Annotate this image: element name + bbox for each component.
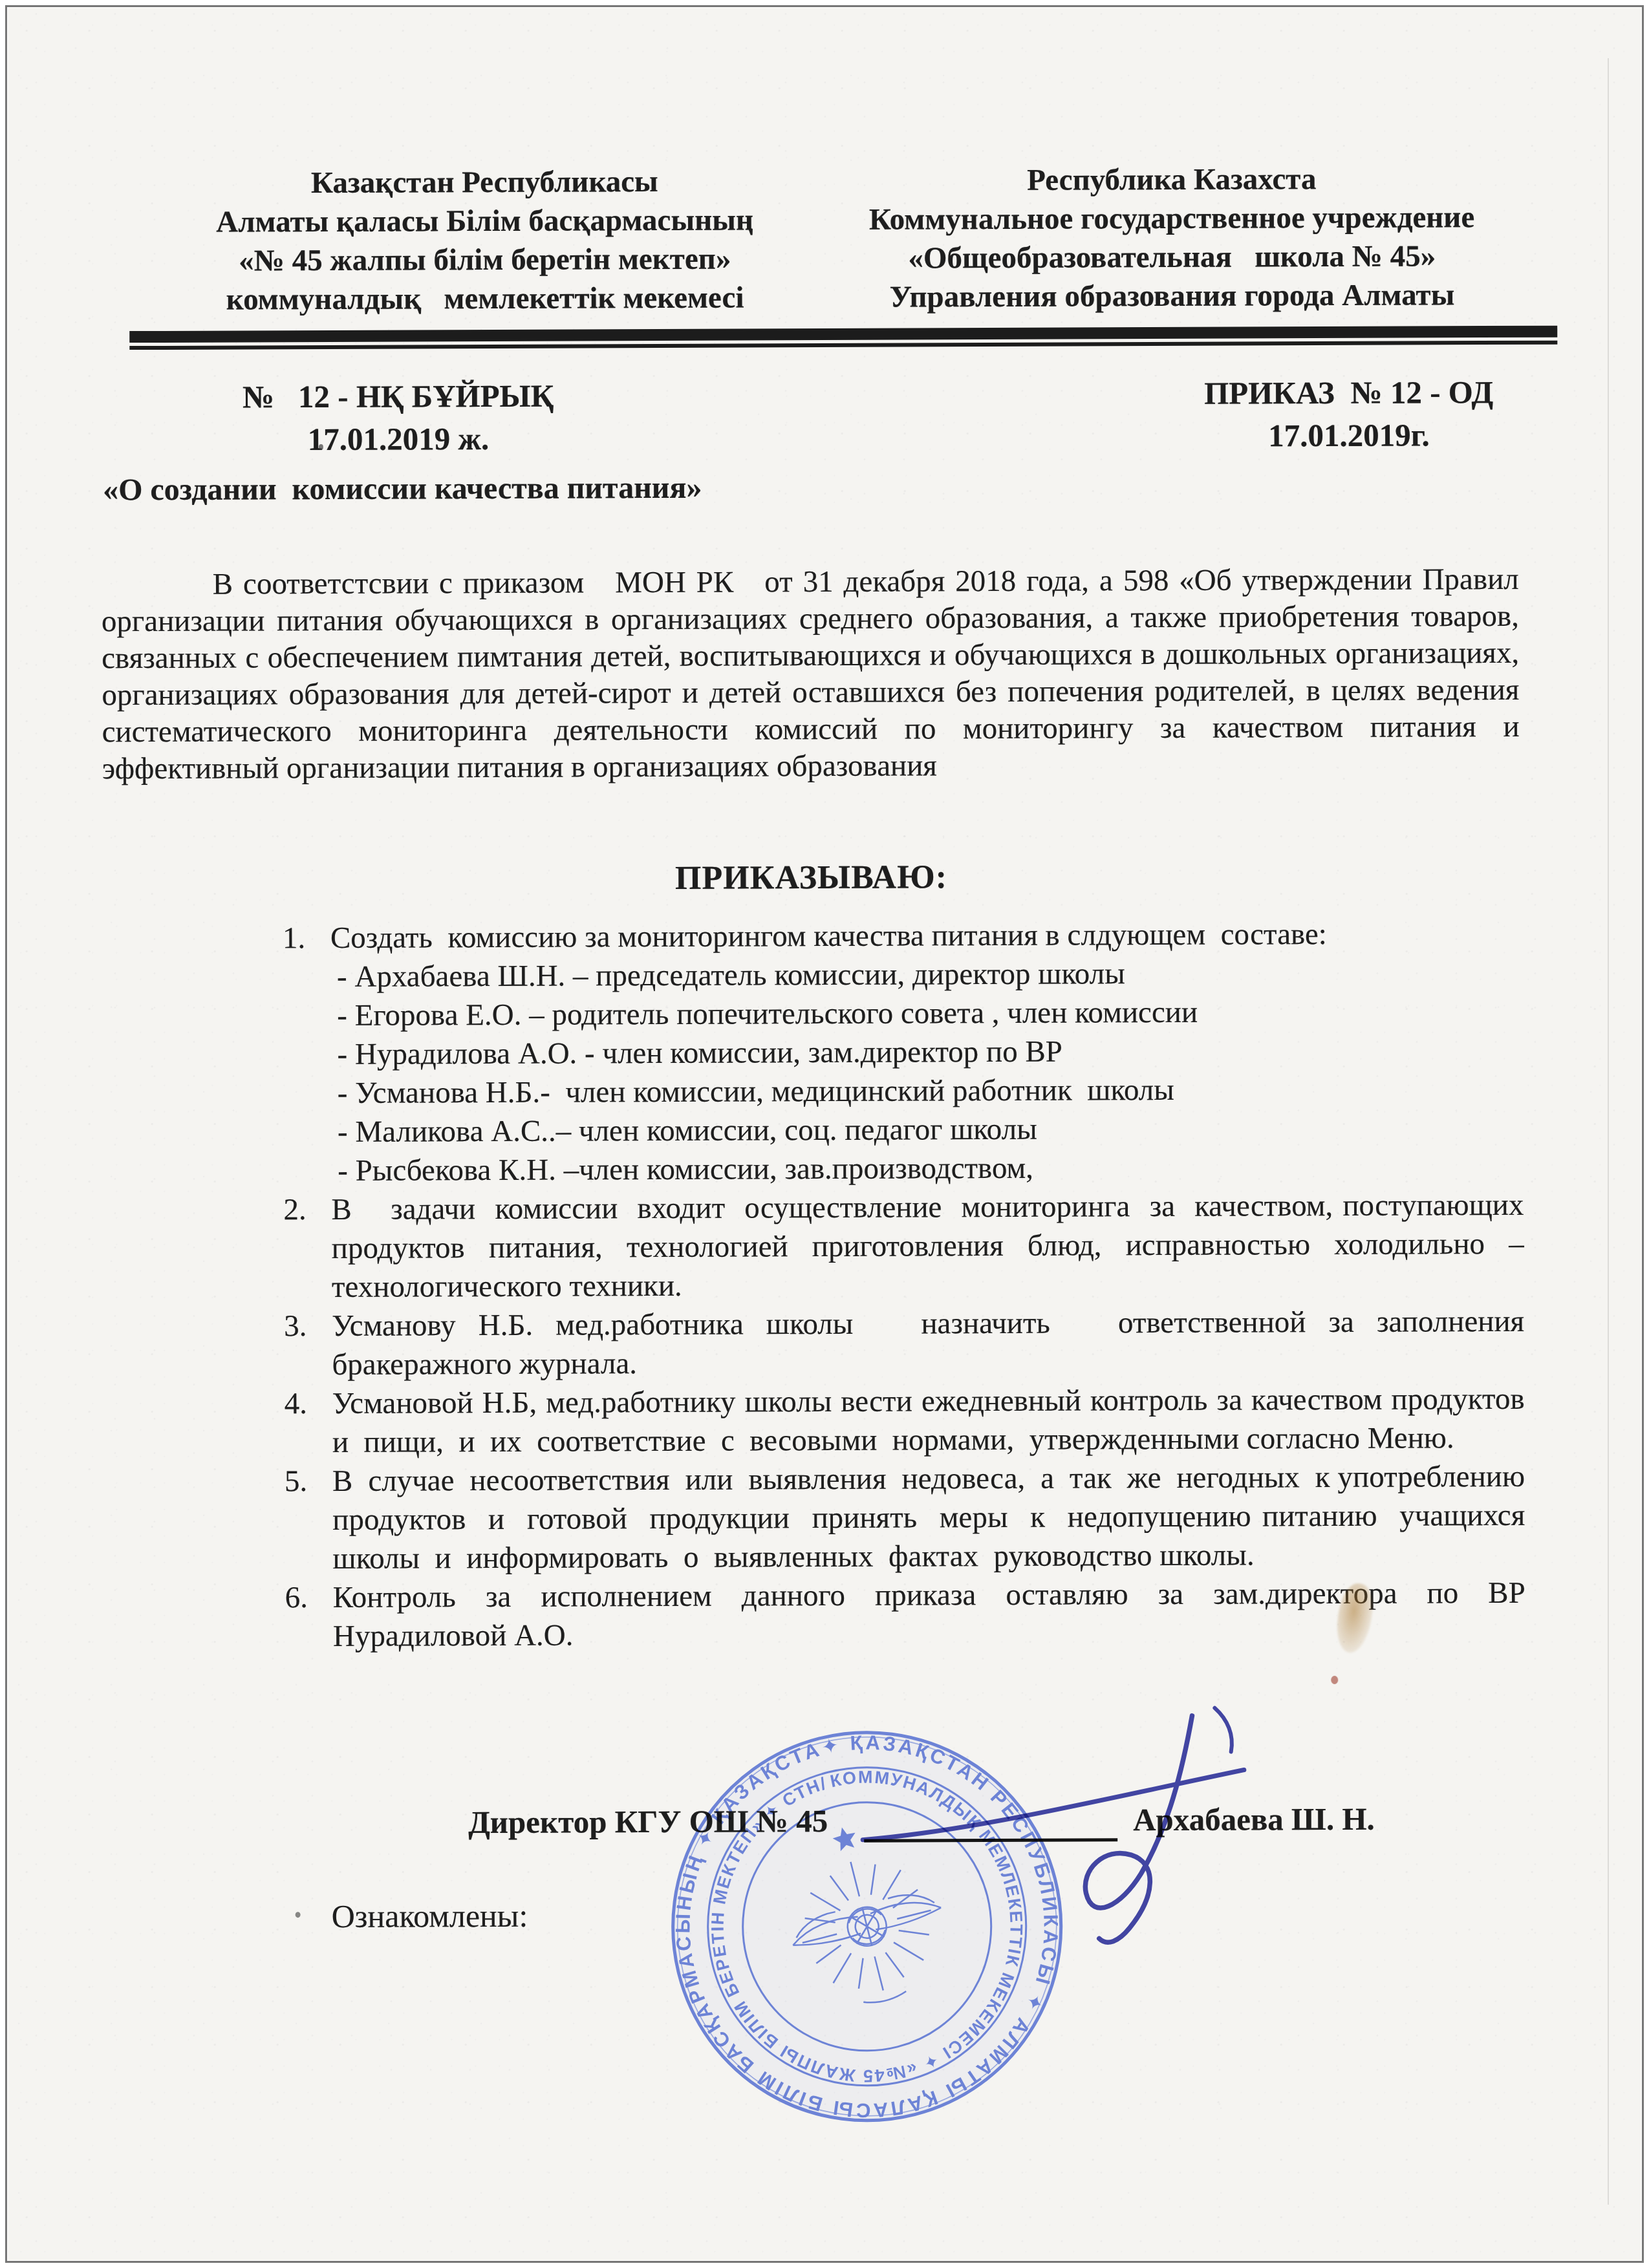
item-number: 5. <box>285 1462 307 1501</box>
order-number-line: ПРИКАЗ № 12 - ОД <box>1141 371 1555 415</box>
commission-member-line: - Маликова А.С..– член комиссии, соц. пе… <box>331 1108 1524 1151</box>
order-items-list: 1. Создать комиссию за мониторингом каче… <box>103 914 1525 1656</box>
document-content: Казақстан РеспубликасыАлматы қаласы Білі… <box>0 0 1649 2268</box>
item-number: 3. <box>284 1307 307 1345</box>
order-item: 3. Усманову Н.Б. мед.работника школы наз… <box>104 1302 1524 1385</box>
stray-dot <box>319 444 323 450</box>
letterhead-line: Управления образования города Алматы <box>789 275 1555 317</box>
stray-dot <box>296 1912 301 1918</box>
letterhead-line: Казақстан Республикасы <box>167 162 801 203</box>
resolution-heading: ПРИКАЗЫВАЮ: <box>102 856 1520 899</box>
letterhead-line: «№ 45 жалпы білім беретін мектеп» <box>168 239 802 281</box>
letterhead-line: «Общеобразовательная школа № 45» <box>789 237 1555 279</box>
letterhead-kazakh: Казақстан РеспубликасыАлматы қаласы Білі… <box>167 162 802 319</box>
letterhead-line: Алматы қаласы Білім басқармасының <box>167 200 801 242</box>
item-text: В задачи комиссии входит осуществление м… <box>331 1188 1531 1304</box>
handwritten-signature <box>814 1697 1319 1977</box>
item-number: 4. <box>284 1384 307 1423</box>
document-title: «О создании комиссии качества питания» <box>103 470 702 508</box>
preamble-paragraph: В соответстсвии с приказом МОН РК от 31 … <box>102 561 1520 787</box>
item-text: Создать комиссию за мониторингом качеств… <box>330 917 1327 955</box>
item-number: 6. <box>285 1578 308 1617</box>
commission-members-list: - Архабаева Ш.Н. – председатель комиссии… <box>330 953 1524 1190</box>
order-item: 6. Контроль за исполнением данного прика… <box>105 1574 1525 1656</box>
ink-speck <box>1331 1676 1338 1684</box>
item-text: В случае несоответствия или выявления не… <box>332 1460 1540 1576</box>
order-item: 4. Усмановой Н.Б, мед.работнику школы ве… <box>104 1380 1524 1462</box>
letterhead-line: коммуналдық мемлекеттік мекемесі <box>168 278 802 319</box>
order-number-line: № 12 - НҚ БҰЙРЫҚ <box>191 374 605 418</box>
order-date-line: 17.01.2019г. <box>1142 414 1556 458</box>
item-text: Усманову Н.Б. мед.работника школы назнач… <box>332 1305 1532 1382</box>
letterhead-line: Коммунальное государственное учреждение <box>788 198 1555 240</box>
letterhead-line: Республика Казахста <box>788 159 1555 201</box>
order-item: 1. Создать комиссию за мониторингом каче… <box>103 914 1524 1191</box>
letterhead-russian: Республика КазахстаКоммунальное государс… <box>788 159 1555 317</box>
divider-thick-line <box>129 326 1557 343</box>
commission-member-line: - Егорова Е.О. – родитель попечительског… <box>330 992 1523 1035</box>
order-item: 2. В задачи комиссии входит осуществлени… <box>103 1186 1524 1307</box>
item-number: 2. <box>283 1190 306 1229</box>
order-date-line: 17.01.2019 ж. <box>191 417 605 461</box>
item-number: 1. <box>283 919 305 957</box>
order-item: 5. В случае несоответствия или выявления… <box>105 1457 1525 1579</box>
commission-member-line: - Усманова Н.Б.- член комиссии, медицинс… <box>331 1069 1524 1113</box>
acknowledged-label: Ознакомлены: <box>332 1897 528 1935</box>
commission-member-line: - Архабаева Ш.Н. – председатель комиссии… <box>330 953 1523 996</box>
divider-rule <box>129 326 1557 350</box>
order-number-russian: ПРИКАЗ № 12 - ОД 17.01.2019г. <box>1141 371 1556 458</box>
order-number-kazakh: № 12 - НҚ БҰЙРЫҚ 17.01.2019 ж. <box>191 374 605 461</box>
scanned-document-page: Казақстан РеспубликасыАлматы қаласы Білі… <box>0 0 1649 2268</box>
commission-member-line: - Рысбекова К.Н. –член комиссии, зав.про… <box>331 1147 1524 1190</box>
item-text: Усмановой Н.Б, мед.работнику школы вести… <box>332 1382 1540 1459</box>
commission-member-line: - Нурадилова А.О. - член комиссии, зам.д… <box>330 1031 1523 1074</box>
